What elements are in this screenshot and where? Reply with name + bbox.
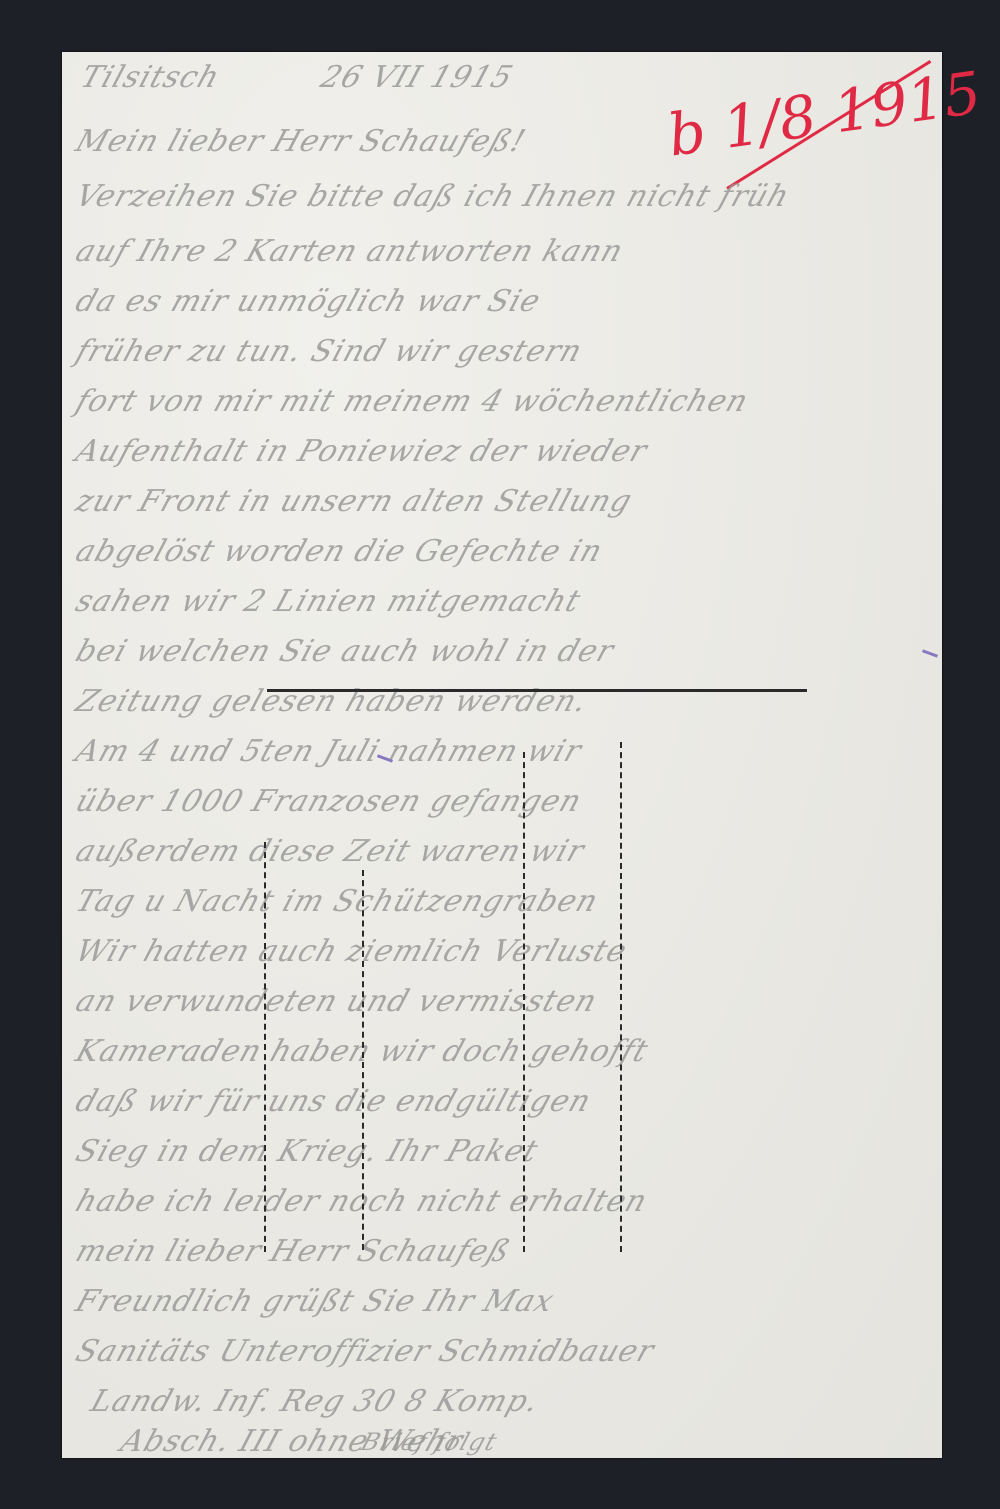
text-line: Verzeihen Sie bitte daß ich Ihnen nicht … [71, 179, 794, 214]
text-line: Sanitäts Unteroffizier Schmidbauer [71, 1334, 659, 1369]
text-line: über 1000 Franzosen gefangen [71, 784, 586, 819]
text-line: früher zu tun. Sind wir gestern [71, 334, 587, 369]
text-line: Brief folgt [357, 1428, 501, 1456]
stamp-box-line [620, 742, 622, 1252]
text-line: abgelöst worden die Gefechte in [71, 534, 607, 569]
text-line: da es mir unmöglich war Sie [71, 284, 545, 319]
text-line: Wir hatten auch ziemlich Verluste [71, 934, 632, 969]
ink-mark [922, 649, 938, 657]
text-line: Am 4 und 5ten Juli nahmen wir [71, 734, 586, 769]
text-line: Mein lieber Herr Schaufeß! [71, 124, 530, 159]
text-line: daß wir für uns die endgültigen [71, 1084, 595, 1119]
text-line: Aufenthalt in Poniewiez der wieder [71, 434, 652, 469]
header-place: Tilsitsch [76, 60, 224, 95]
stamp-box-line [264, 842, 266, 1252]
text-line: zur Front in unsern alten Stellung [71, 484, 636, 519]
text-line: Landw. Inf. Reg 30 8 Komp. [86, 1384, 543, 1419]
text-line: bei welchen Sie auch wohl in der [71, 634, 618, 669]
address-divider-line [267, 689, 807, 692]
text-line: Freundlich grüßt Sie Ihr Max [71, 1284, 558, 1319]
text-line: Sieg in dem Krieg. Ihr Paket [71, 1134, 543, 1169]
stamp-box-line [362, 870, 364, 1250]
text-line: sahen wir 2 Linien mitgemacht [71, 584, 585, 619]
text-line: fort von mir mit meinem 4 wöchentlichen [71, 384, 753, 419]
red-annotation: b 1/8 1915 [664, 58, 985, 169]
text-line: mein lieber Herr Schaufeß [71, 1234, 515, 1269]
header-date: 26 VII 1915 [316, 60, 517, 95]
text-line: auf Ihre 2 Karten antworten kann [71, 234, 628, 269]
text-line: außerdem diese Zeit waren wir [71, 834, 589, 869]
stamp-box-line [523, 752, 525, 1252]
postcard: Tilsitsch 26 VII 1915 b 1/8 1915 Mein li… [62, 52, 942, 1458]
